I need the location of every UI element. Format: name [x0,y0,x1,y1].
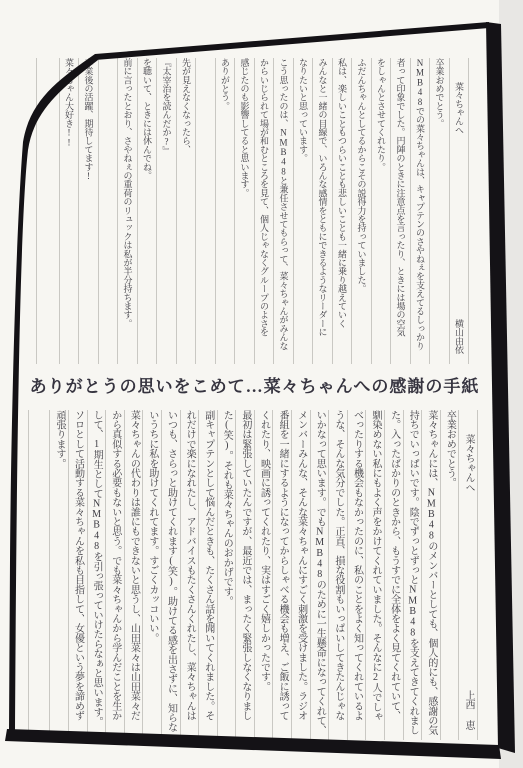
letter-column: みんなと一緒の目線で、いろんな感情をともにできるようなリーダーに [313,58,333,364]
letter-column [99,58,119,364]
letter-column [196,58,216,364]
letter-column: して、1期生としてNMB48を引っ張っていけたらなぁと思います。 [88,410,107,740]
letter-column: こう思ったのは、NMB48と兼任させてもらって、菜々ちゃんがみんな [274,58,294,364]
headline: ありがとうの思いをこめて…菜々ちゃんへの感謝の手紙 [0,372,509,397]
letter-column: 卒業後の活躍、期待してます! [79,58,99,364]
letter-column: 『太宰治を読んだか?』 [157,58,177,364]
letter-column: 卒業おめでとう。 [441,410,460,740]
letter-column: 私は、楽しいこともつらいことも悲しいことも一緒に乗り越えていく [333,58,353,364]
letter-column: 頑張ります。 [50,410,69,740]
letter-column: た。入ったばかりのときから、もうすでに全体をよく見てくれていて、 [385,410,404,740]
letter-column: を聴いて、ときには休んでね。 [138,58,158,364]
letter-column: 前に言ったとおり、さやねぇの重荷のリュックは私が半分持ちます。 [118,58,138,364]
letter-opening-column: 菜々ちゃんへ 上西 恵 [459,410,478,740]
letter-column: いかなって思います。でもNMB48のために一生懸命になってくれて、 [311,410,330,740]
letter-column: 先が見えなくなったら、 [177,58,197,364]
letter-column: 卒業おめでとう。 [430,58,450,364]
frame-top-bar [95,22,489,60]
letter-yokoyama: 菜々ちゃんへ 横山由依 卒業おめでとう。NMB48での菜々ちゃんは、キャプテンの… [36,58,469,364]
letter-column: 最初は緊張していたんですが、最近では、まったく緊張しなくなりまし [236,410,255,740]
signature: 上西 恵 [459,690,477,730]
letter-column: べったりする機会もなかったのに、私のことをよく知ってくれているよ [348,410,367,740]
letter-column: ありがとう。 [216,58,236,364]
salutation: 菜々ちゃんへ [459,434,477,492]
letter-column: なりたいと思っています。 [294,58,314,364]
letter-column [32,410,51,740]
letter-column: ソロとして活動する菜々ちゃんを私も目指して、女優という夢を諦めず [69,410,88,740]
letter-column: 者って印象でした。円陣のときに注意点を言ったり、ときには場の空気 [391,58,411,364]
letter-column: をしゃんとさせてくれたり。 [372,58,392,364]
letter-column: 感じたのも影響してると思います。 [235,58,255,364]
letter-column: 菜々ちゃんの代わりは誰にもできないと思うし、山田菜々は山田菜々だ [125,410,144,740]
letter-column: いつも、さらっと助けてくれます(笑)。助けてる感を出さずに、知らな [162,410,181,740]
letter-column: 馴染めない私にもよく声をかけてくれていました。そんなに2人でしゃ [366,410,385,740]
letter-column: NMB48での菜々ちゃんは、キャプテンのさやねぇを支えてるしっかり [411,58,431,364]
letter-column: いうちに私を助けてくれてます。すごくカッコいい。 [143,410,162,740]
letter-opening-column: 菜々ちゃんへ 横山由依 [450,58,470,364]
letter-column: メンバーみんな、そんな菜々ちゃんにすごく刺激を受けました。ラジオ [292,410,311,740]
letter-column: からいじられて場が和むところを見て、個人じゃなくグループのよさを [255,58,275,364]
letter-column: うな、そんな気分でした。正直、損な役割もいっぱいしてきたんじゃな [329,410,348,740]
salutation: 菜々ちゃんへ [450,82,469,134]
letter-column: くれたり、映画に誘ってくれたり、実はすごく嬉しかったです。 [255,410,274,740]
letter-column [40,58,60,364]
signature: 横山由依 [450,319,469,354]
letter-column: 副キャプテンとして悩んだときも、たくさん話を聞いてくれました。そ [199,410,218,740]
letter-jonishi: 菜々ちゃんへ 上西 恵 卒業おめでとう。菜々ちゃんには、NMB48のメンバーとし… [28,410,478,740]
letter-column: 菜々ちゃん大好き!! [60,58,80,364]
letter-column: から真似する必要もないと思う。でも菜々ちゃんから学んだことを生か [106,410,125,740]
letter-column: れだけで楽になれたし、アドバイスもたくさんくれたし、菜々ちゃんは [181,410,200,740]
letter-column: た(笑)。それも菜々ちゃんのおかげです。 [218,410,237,740]
letter-column: 番組を一緒にするようになってからしゃべる機会も増え、ご飯に誘って [273,410,292,740]
letter-column: ふだんちゃんとしてるからこその説得力を持っていました。 [352,58,372,364]
letter-column: 持ちでいっぱいです。陰でずっとずっとNMB48を支えてきてくれまし [404,410,423,740]
letter-column: 菜々ちゃんには、NMB48のメンバーとしても、個人的にも、感謝の気 [422,410,441,740]
